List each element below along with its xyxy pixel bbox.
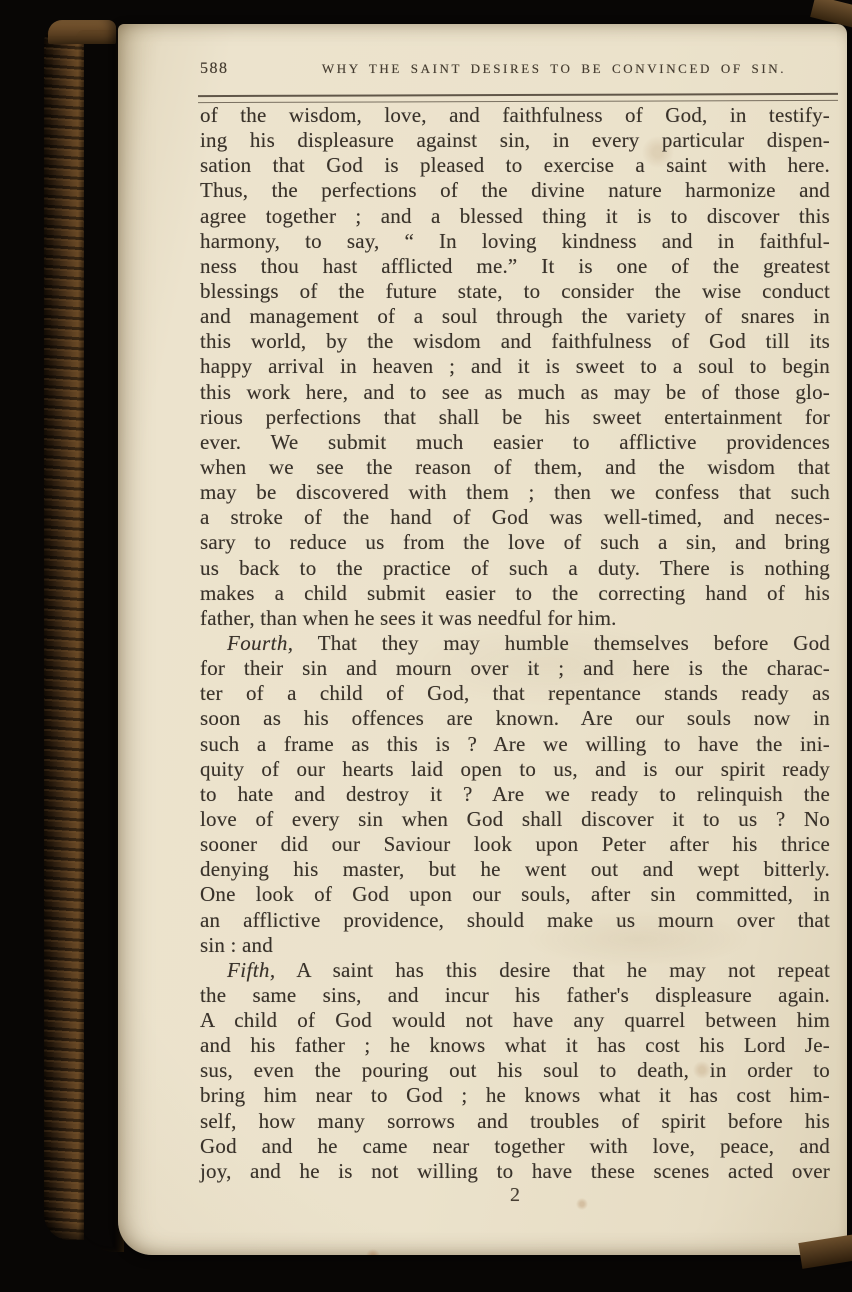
text-line: self, how many sorrows and troubles of s… — [200, 1109, 830, 1134]
text-line: sary to reduce us from the love of such … — [200, 530, 830, 555]
text-line: harmony, to say, “ In loving kindness an… — [200, 229, 830, 254]
text-line: sin : and — [200, 933, 830, 958]
text-line: to hate and destroy it ? Are we ready to… — [200, 782, 830, 807]
text-line: rious perfections that shall be his swee… — [200, 405, 830, 430]
text-line: this world, by the wisdom and faithfulne… — [200, 329, 830, 354]
paragraph-lead-word: Fifth, — [227, 958, 275, 982]
text-line: us back to the practice of such a duty. … — [200, 556, 830, 581]
text-line: quity of our hearts laid open to us, and… — [200, 757, 830, 782]
text-line: may be discovered with them ; then we co… — [200, 480, 830, 505]
text-line: One look of God upon our souls, after si… — [200, 882, 830, 907]
text-line: when we see the reason of them, and the … — [200, 455, 830, 480]
text-line: Fourth, That they may humble themselves … — [200, 631, 830, 656]
text-line: soon as his offences are known. Are our … — [200, 706, 830, 731]
book-page: 588 WHY THE SAINT DESIRES TO BE CONVINCE… — [118, 24, 847, 1255]
text-line: love of every sin when God shall discove… — [200, 807, 830, 832]
text-line: sation that God is pleased to exercise a… — [200, 153, 830, 178]
body-text: of the wisdom, love, and faithfulness of… — [200, 103, 830, 1184]
text-line: such a frame as this is ? Are we willing… — [200, 732, 830, 757]
text-line: God and he came near together with love,… — [200, 1134, 830, 1159]
text-line: ness thou hast afflicted me.” It is one … — [200, 254, 830, 279]
text-line: happy arrival in heaven ; and it is swee… — [200, 354, 830, 379]
text-line: a stroke of the hand of God was well-tim… — [200, 505, 830, 530]
text-line: for their sin and mourn over it ; and he… — [200, 656, 830, 681]
page-number: 588 — [200, 60, 268, 78]
paragraph-lead-word: Fourth, — [227, 631, 293, 655]
text-line: Thus, the perfections of the divine natu… — [200, 178, 830, 203]
text-line: this work here, and to see as much as ma… — [200, 380, 830, 405]
text-line: father, than when he sees it was needful… — [200, 606, 830, 631]
text-line: blessings of the future state, to consid… — [200, 279, 830, 304]
text-line: denying his master, but he went out and … — [200, 857, 830, 882]
text-line: the same sins, and incur his father's di… — [200, 983, 830, 1008]
running-header-title: WHY THE SAINT DESIRES TO BE CONVINCED OF… — [268, 61, 840, 77]
photo-background: 588 WHY THE SAINT DESIRES TO BE CONVINCE… — [0, 0, 852, 1292]
text-line: agree together ; and a blessed thing it … — [200, 204, 830, 229]
header-divider-rule — [198, 93, 838, 103]
text-line: ever. We submit much easier to afflictiv… — [200, 430, 830, 455]
text-line: bring him near to God ; he knows what it… — [200, 1083, 830, 1108]
text-line: and his father ; he knows what it has co… — [200, 1033, 830, 1058]
text-line: and management of a soul through the var… — [200, 304, 830, 329]
text-line: A child of God would not have any quarre… — [200, 1008, 830, 1033]
text-line: makes a child submit easier to the corre… — [200, 581, 830, 606]
stacked-page-edges — [76, 30, 124, 1252]
text-line: ter of a child of God, that repentance s… — [200, 681, 830, 706]
running-header: 588 WHY THE SAINT DESIRES TO BE CONVINCE… — [200, 60, 840, 78]
signature-mark: 2 — [200, 1184, 830, 1207]
text-line: sus, even the pouring out his soul to de… — [200, 1058, 830, 1083]
text-line: an afflictive providence, should make us… — [200, 908, 830, 933]
text-line: joy, and he is not willing to have these… — [200, 1159, 830, 1184]
text-line: Fifth, A saint has this desire that he m… — [200, 958, 830, 983]
text-line: sooner did our Saviour look upon Peter a… — [200, 832, 830, 857]
text-line: ing his displeasure against sin, in ever… — [200, 128, 830, 153]
text-line: of the wisdom, love, and faithfulness of… — [200, 103, 830, 128]
